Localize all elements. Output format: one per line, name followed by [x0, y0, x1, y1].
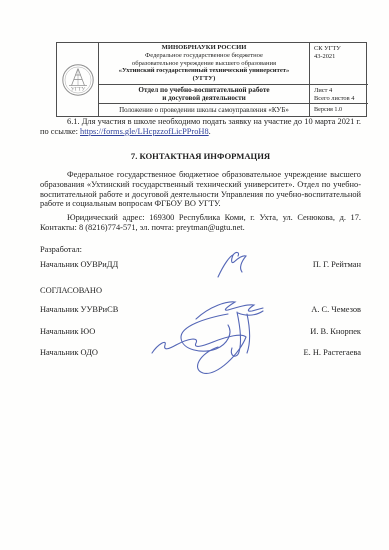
sheet-line1: Лист 4 — [314, 87, 368, 95]
svg-text:УГТУ: УГТУ — [70, 86, 85, 92]
application-form-link[interactable]: https://forms.gle/LHcpzzofLicPProH8 — [80, 127, 209, 136]
header-org-block: МИНОБРНАУКИ РОССИИ Федеральное государст… — [98, 43, 309, 84]
developed-label: Разработал: — [40, 245, 361, 255]
sheet-line2: Всего листов 4 — [314, 95, 368, 103]
doc-code-line2: 43-2021 — [314, 53, 368, 61]
signature-title: Начальник ОДО — [40, 348, 98, 358]
signature-row-chemezov: Начальник УУВРиСВ А. С. Чемезов — [40, 305, 361, 315]
signature-name: И. В. Кнорпек — [310, 327, 361, 337]
doc-title-cell: Положение о проведении школы самоуправле… — [98, 103, 309, 116]
signature-title: Начальник ОУВРиДД — [40, 260, 118, 270]
signature-name: Е. Н. Растегаева — [304, 348, 361, 358]
org-abbr: (УГТУ) — [101, 75, 307, 83]
signature-title: Начальник УУВРиСВ — [40, 305, 118, 315]
section-7-heading: 7. КОНТАКТНАЯ ИНФОРМАЦИЯ — [40, 152, 361, 162]
clause-6-1: 6.1. Для участия в школе необходимо пода… — [40, 117, 361, 137]
signature-name: А. С. Чемезов — [311, 305, 361, 315]
contact-paragraph-1: Федеральное государственное бюджетное об… — [40, 170, 361, 209]
dept-line2: и досуговой деятельности — [101, 94, 307, 102]
ugtu-emblem-icon: УГТУ — [60, 62, 96, 98]
org-line2: образовательное учреждение высшего образ… — [101, 60, 307, 68]
department-cell: Отдел по учебно-воспитательной работе и … — [98, 84, 309, 103]
signature-row-knorpek: Начальник ЮО И. В. Кнорпек — [40, 327, 361, 337]
signature-title: Начальник ЮО — [40, 327, 95, 337]
signature-name: П. Г. Рейтман — [313, 260, 361, 270]
org-name: «Ухтинский государственный технический у… — [101, 67, 307, 75]
ministry-line: МИНОБРНАУКИ РОССИИ — [101, 44, 307, 52]
signature-row-reytman: Начальник ОУВРиДД П. Г. Рейтман — [40, 260, 361, 270]
document-page: УГТУ МИНОБРНАУКИ РОССИИ Федеральное госу… — [0, 0, 389, 550]
logo-cell: УГТУ — [57, 43, 98, 116]
clause-6-1-period: . — [209, 127, 211, 136]
doc-code-cell: СК УГТУ 43-2021 — [309, 43, 368, 84]
doc-code-line1: СК УГТУ — [314, 45, 368, 53]
org-line1: Федеральное государственное бюджетное — [101, 52, 307, 60]
contact-paragraph-2: Юридический адрес: 169300 Республика Ком… — [40, 213, 361, 233]
version-cell: Версия 1.0 — [309, 103, 368, 116]
signature-row-rastegaeva: Начальник ОДО Е. Н. Растегаева — [40, 348, 361, 358]
dept-line1: Отдел по учебно-воспитательной работе — [101, 86, 307, 94]
agreed-label: СОГЛАСОВАНО — [40, 286, 361, 296]
sheet-count-cell: Лист 4 Всего листов 4 — [309, 84, 368, 103]
document-header-table: УГТУ МИНОБРНАУКИ РОССИИ Федеральное госу… — [56, 42, 367, 117]
